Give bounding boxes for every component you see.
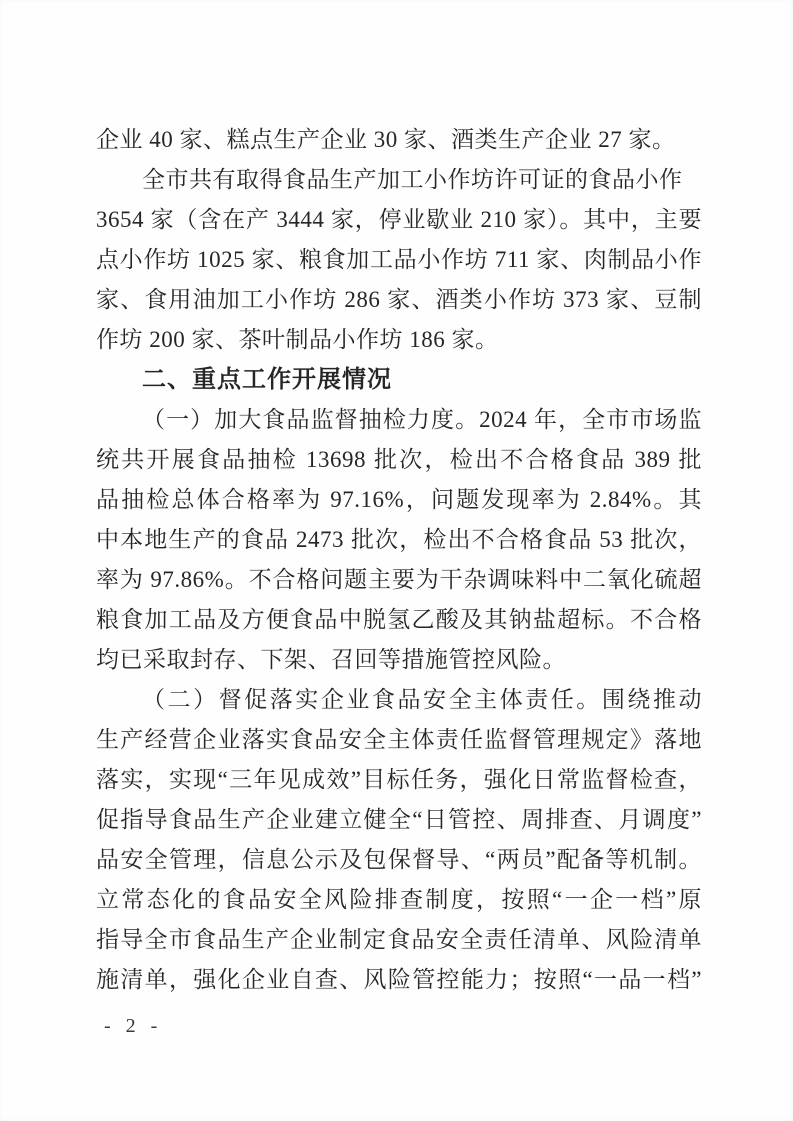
text-line: 生产经营企业落实食品安全主体责任监督管理规定》落地落细 xyxy=(96,720,702,760)
text-line: 率为 97.86%。不合格问题主要为干杂调味料中二氧化硫超标、 xyxy=(96,560,702,600)
text-line: （二）督促落实企业食品安全主体责任。围绕推动《食品 xyxy=(96,680,702,720)
text-line: 立常态化的食品安全风险排查制度，按照“一企一档”原则， xyxy=(96,880,702,920)
text-line: 家、食用油加工小作坊 286 家、酒类小作坊 373 家、豆制品小 xyxy=(96,280,702,320)
text-line: 落实，实现“三年见成效”目标任务，强化日常监督检查，督 xyxy=(96,760,702,800)
text-line: 促指导食品生产企业建立健全“日管控、周排查、月调度”食 xyxy=(96,800,702,840)
page-number: - 2 - xyxy=(104,1006,162,1046)
section-heading-line: 二、重点工作开展情况 xyxy=(96,360,702,400)
text-line: 3654 家（含在产 3444 家，停业歇业 210 家）。其中，主要有糕 xyxy=(96,200,702,240)
text-line: 品安全管理，信息公示及包保督导、“两员”配备等机制。建 xyxy=(96,840,702,880)
text-line: 点小作坊 1025 家、粮食加工品小作坊 711 家、肉制品小作坊 736 xyxy=(96,240,702,280)
document-page: 企业 40 家、糕点生产企业 30 家、酒类生产企业 27 家。全市共有取得食品… xyxy=(0,0,793,1121)
document-body: 企业 40 家、糕点生产企业 30 家、酒类生产企业 27 家。全市共有取得食品… xyxy=(96,120,702,1000)
text-line: 企业 40 家、糕点生产企业 30 家、酒类生产企业 27 家。 xyxy=(96,120,702,160)
text-line: 均已采取封存、下架、召回等措施管控风险。 xyxy=(96,640,702,680)
text-line: 品抽检总体合格率为 97.16%，问题发现率为 2.84%。其中，汉 xyxy=(96,480,702,520)
text-line: 施清单，强化企业自查、风险管控能力；按照“一品一档”要 xyxy=(96,960,702,1000)
text-line: 中本地生产的食品 2473 批次，检出不合格食品 53 批次，合格 xyxy=(96,520,702,560)
text-line: 统共开展食品抽检 13698 批次，检出不合格食品 389 批次，食 xyxy=(96,440,702,480)
text-line: （一）加大食品监督抽检力度。2024 年，全市市场监管系 xyxy=(96,400,702,440)
text-line: 全市共有取得食品生产加工小作坊许可证的食品小作坊 xyxy=(96,160,702,200)
text-line: 粮食加工品及方便食品中脱氢乙酸及其钠盐超标。不合格产品 xyxy=(96,600,702,640)
text-line: 作坊 200 家、茶叶制品小作坊 186 家。 xyxy=(96,320,702,360)
text-line: 指导全市食品生产企业制定食品安全责任清单、风险清单和措 xyxy=(96,920,702,960)
